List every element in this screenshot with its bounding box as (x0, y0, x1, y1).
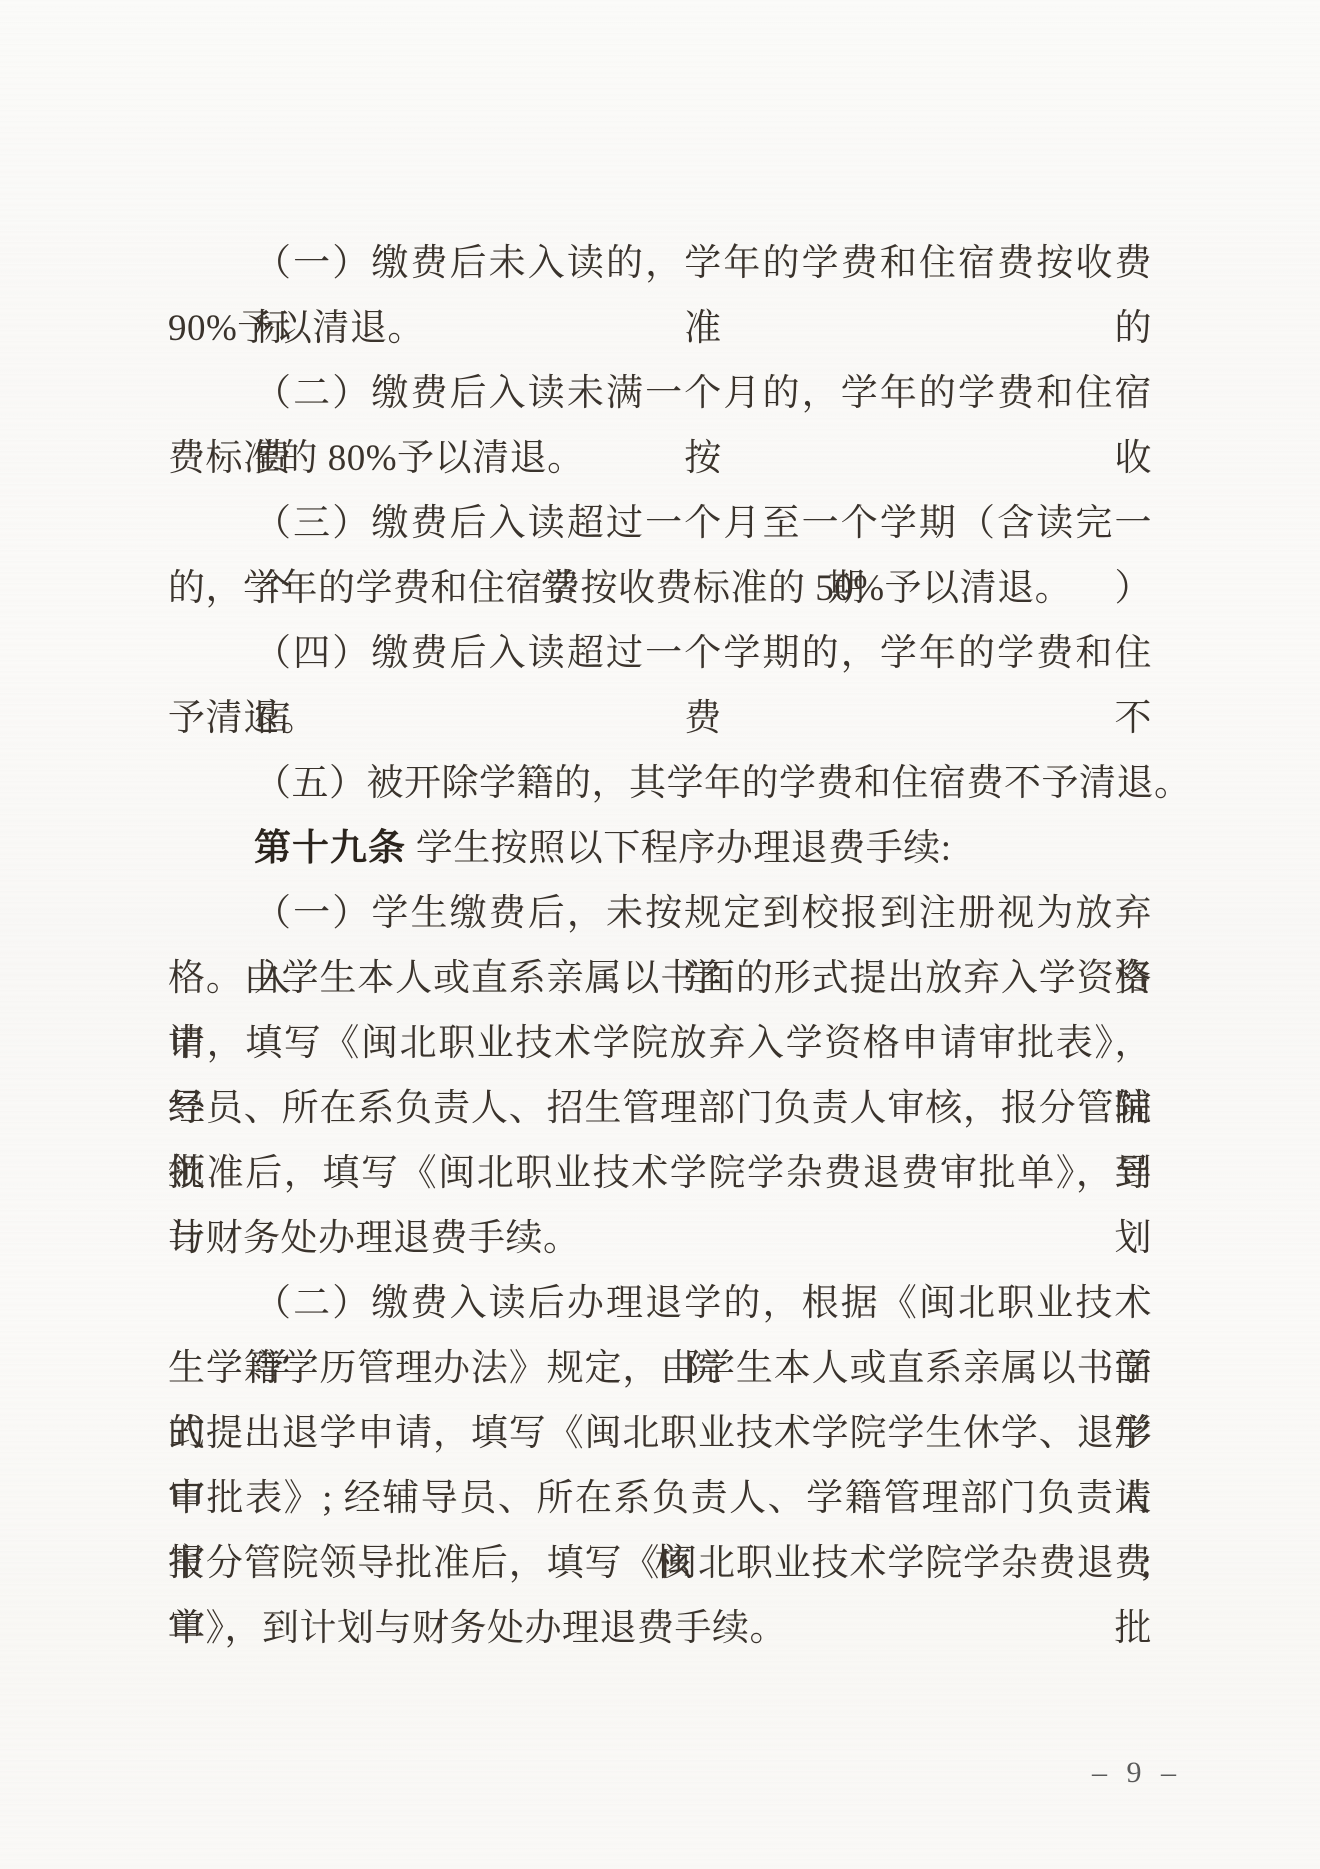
text-line: （二）缴费后入读未满一个月的，学年的学费和住宿费按收 (168, 361, 1152, 426)
text-line: 批准后，填写《闽北职业技术学院学杂费退费审批单》，到计划 (168, 1141, 1152, 1206)
text-line: 生学籍学历管理办法》规定，由学生本人或直系亲属以书面的形 (168, 1336, 1152, 1401)
text-line: （三）缴费后入读超过一个月至一个学期（含读完一个学期） (168, 491, 1152, 556)
text-line: 格。由学生本人或直系亲属以书面的形式提出放弃入学资格申 (168, 946, 1152, 1011)
text-line: 报分管院领导批准后，填写《闽北职业技术学院学杂费退费审批 (168, 1531, 1152, 1596)
text-line: （二）缴费入读后办理退学的，根据《闽北职业技术学院学 (168, 1271, 1152, 1336)
page-number: – 9 – (1072, 1756, 1202, 1790)
text-line: 第十九条 学生按照以下程序办理退费手续: (168, 816, 1152, 881)
text-line: 审批表》; 经辅导员、所在系负责人、学籍管理部门负责人审核; (168, 1466, 1152, 1531)
text-line: （一）缴费后未入读的，学年的学费和住宿费按收费标准的 (168, 231, 1152, 296)
article-number-label: 第十九条 (254, 828, 406, 869)
text-line: （一）学生缴费后，未按规定到校报到注册视为放弃入学资 (168, 881, 1152, 946)
document-body: （一）缴费后未入读的，学年的学费和住宿费按收费标准的90%予以清退。（二）缴费后… (168, 231, 1152, 1661)
text-line: （四）缴费后入读超过一个学期的，学年的学费和住宿费不 (168, 621, 1152, 686)
text-line: 请，填写《闽北职业技术学院放弃入学资格申请审批表》，经辅 (168, 1011, 1152, 1076)
text-line: 的，学年的学费和住宿费按收费标准的 50%予以清退。 (168, 556, 1152, 621)
text-line: 导员、所在系负责人、招生管理部门负责人审核，报分管院领导 (168, 1076, 1152, 1141)
text-line: 式提出退学申请，填写《闽北职业技术学院学生休学、退学申请 (168, 1401, 1152, 1466)
text-line: （五）被开除学籍的，其学年的学费和住宿费不予清退。 (168, 751, 1152, 816)
